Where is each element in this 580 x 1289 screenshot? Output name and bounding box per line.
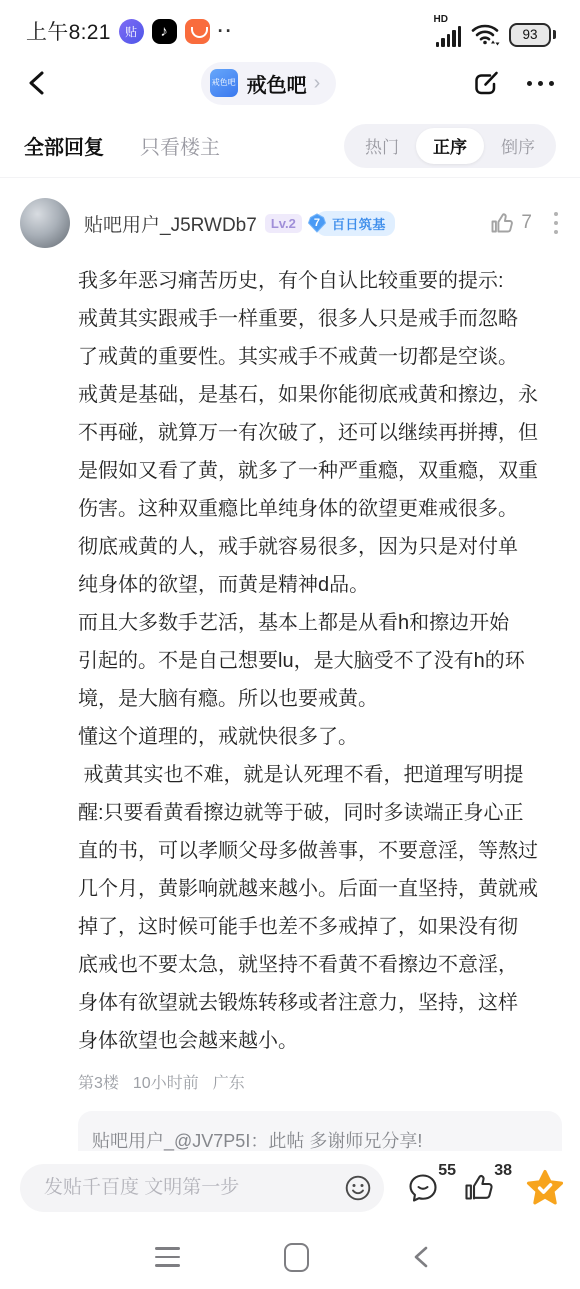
- post-text-line: 戒黄其实也不难，就是认死理不看，把道理写明提: [78, 756, 562, 794]
- comments-button[interactable]: 55: [406, 1171, 440, 1205]
- post-text-line: 纯身体的欲望，而黄是精神d品。: [78, 566, 562, 604]
- floor-number: 第3楼: [78, 1070, 119, 1093]
- filter-bar: 全部回复 只看楼主 热门 正序 倒序: [0, 114, 580, 178]
- recents-menu-button[interactable]: [155, 1247, 180, 1266]
- like-button[interactable]: 38: [462, 1171, 496, 1205]
- post-body-text: 我多年恶习痛苦历史，有个自认比较重要的提示:戒黄其实跟戒手一样重要，很多人只是戒…: [78, 262, 562, 1060]
- post-text-line: 几个月，黄影响就越来越小。后面一直坚持，黄就戒: [78, 870, 562, 908]
- android-nav-bar: [0, 1225, 580, 1289]
- back-button[interactable]: [26, 70, 66, 96]
- post-text-line: 身体有欲望就去锻炼转移或者注意力，坚持，这样: [78, 984, 562, 1022]
- reply-input[interactable]: [20, 1164, 384, 1212]
- user-avatar[interactable]: [20, 198, 70, 248]
- thumbs-up-icon: [462, 1171, 496, 1205]
- tieba-notification-icon: 贴: [119, 19, 144, 44]
- post-text-line: 我多年恶习痛苦历史，有个自认比较重要的提示:: [78, 262, 562, 300]
- post-text-line: 戒黄是基础，是基石，如果你能彻底戒黄和擦边，永: [78, 376, 562, 414]
- post-text-line: 是假如又看了黄，就多了一种严重瘾，双重瘾，双重: [78, 452, 562, 490]
- wifi-icon: [470, 21, 500, 47]
- quoted-reply-text: 贴吧用户_@JV7P5I：此帖 多谢师兄分享!: [92, 1127, 548, 1153]
- sort-hot[interactable]: 热门: [348, 128, 416, 164]
- post-text-line: 不再碰，就算万一有次破了，还可以继续再拼搏，但: [78, 414, 562, 452]
- sort-ascending[interactable]: 正序: [416, 128, 484, 164]
- hd-label: HD: [434, 14, 448, 25]
- like-count: 38: [494, 1162, 512, 1180]
- post-more-button[interactable]: [550, 210, 562, 236]
- douyin-notification-icon: ♪: [152, 19, 177, 44]
- post-location: 广东: [213, 1070, 245, 1093]
- orange-app-notification-icon: [185, 19, 210, 44]
- tab-all-replies[interactable]: 全部回复: [24, 131, 104, 160]
- more-notifications-dots: ··: [218, 21, 234, 42]
- post-text-line: 掉了，这时候可能手也差不多戒掉了，如果没有彻: [78, 908, 562, 946]
- battery-icon: 93: [509, 23, 556, 47]
- post-text-line: 境，是大脑有瘾。所以也要戒黄。: [78, 680, 562, 718]
- thumbs-up-icon: [489, 210, 515, 236]
- rank-badge: 百日筑基 7: [316, 211, 395, 236]
- level-badge: Lv.2: [265, 214, 302, 233]
- forum-pill[interactable]: 戒色吧 戒色吧 ›: [201, 62, 337, 105]
- cellular-signal-icon: HD: [436, 16, 462, 47]
- post-text-line: 引起的。不是自己想要lu，是大脑受不了没有h的环: [78, 642, 562, 680]
- emoji-icon[interactable]: [344, 1174, 372, 1202]
- sort-segmented-control: 热门 正序 倒序: [344, 124, 556, 168]
- comment-bubble-icon: [406, 1171, 440, 1205]
- battery-percent: 93: [522, 27, 537, 42]
- post-like-count: 7: [521, 212, 532, 234]
- status-bar: 上午8:21 贴 ♪ ·· HD 93: [0, 0, 580, 52]
- tab-op-only[interactable]: 只看楼主: [140, 131, 220, 160]
- home-button[interactable]: [284, 1243, 309, 1272]
- post-text-line: 底戒也不要太急，就坚持不看黄不看擦边不意淫，: [78, 946, 562, 984]
- gem-number: 7: [307, 217, 327, 229]
- chevron-right-icon: ›: [314, 72, 321, 95]
- post-text-line: 了戒黄的重要性。其实戒手不戒黄一切都是空谈。: [78, 338, 562, 376]
- post-time: 10小时前: [133, 1070, 199, 1093]
- reply-composer-bar: 55 38: [0, 1151, 580, 1225]
- thread-header: 戒色吧 戒色吧 ›: [0, 52, 580, 114]
- post-text-line: 戒黄其实跟戒手一样重要，很多人只是戒手而忽略: [78, 300, 562, 338]
- favorite-star-button[interactable]: [526, 1169, 564, 1207]
- reply-post: 贴吧用户_J5RWDb7 Lv.2 百日筑基 7: [0, 178, 580, 1181]
- post-text-line: 醒:只要看黄看擦边就等于破，同时多读端正身心正: [78, 794, 562, 832]
- android-back-button[interactable]: [412, 1245, 430, 1269]
- more-options-button[interactable]: [527, 81, 554, 86]
- forum-name: 戒色吧: [247, 69, 307, 98]
- rank-label: 百日筑基: [316, 211, 395, 236]
- comment-count: 55: [438, 1162, 456, 1180]
- clock: 上午8:21: [26, 16, 111, 46]
- back-chevron-icon: [26, 70, 48, 96]
- username[interactable]: 贴吧用户_J5RWDb7: [84, 210, 257, 237]
- post-meta: 第3楼 10小时前 广东: [78, 1070, 562, 1093]
- post-text-line: 而且大多数手艺活，基本上都是从看h和擦边开始: [78, 604, 562, 642]
- forum-avatar: 戒色吧: [210, 69, 238, 97]
- post-text-line: 伤害。这种双重瘾比单纯身体的欲望更难戒很多。: [78, 490, 562, 528]
- post-text-line: 彻底戒黄的人，戒手就容易很多，因为只是对付单: [78, 528, 562, 566]
- post-text-line: 懂这个道理的，戒就快很多了。: [78, 718, 562, 756]
- share-compose-button[interactable]: [471, 68, 501, 98]
- post-text-line: 直的书，可以孝顺父母多做善事，不要意淫，等熬过: [78, 832, 562, 870]
- post-like-button[interactable]: 7: [489, 210, 532, 236]
- tieba-thread-screen: 上午8:21 贴 ♪ ·· HD 93: [0, 0, 580, 1289]
- sort-descending[interactable]: 倒序: [484, 128, 552, 164]
- post-text-line: 身体欲望也会越来越小。: [78, 1022, 562, 1060]
